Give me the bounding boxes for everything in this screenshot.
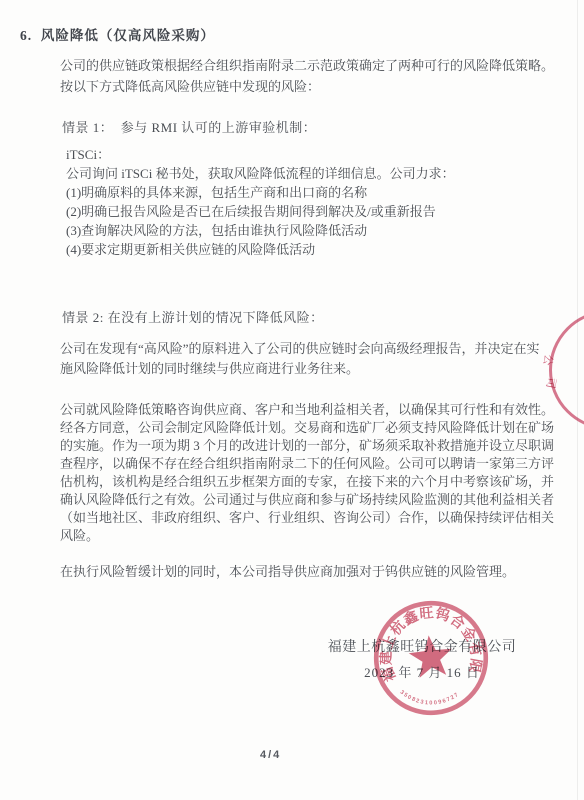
paragraph-line: 公司就风险降低策略咨询供应商、客户和当地利益相关者，以确保其可行性和有效性。 <box>60 403 554 421</box>
paragraph-line: 公司在发现有“高风险”的原料进入了公司的供应链时会向高级经理报告，并决定在实 <box>60 342 540 362</box>
paragraph-line: 公司的供应链政策根据经合组织指南附录二示范政策确定了两种可行的风险降低策略。 <box>60 59 554 80</box>
section-heading: 6. 风险降低（仅高风险采购） <box>20 24 215 44</box>
paragraph-line: 按以下方式降低高风险供应链中发现的风险： <box>60 80 554 101</box>
company-seal-stamp: 福建上杭鑫旺钨合金有限公司 35082310096727 <box>363 590 499 726</box>
closing-paragraph: 在执行风险暂缓计划的同时，本公司指导供应商加强对于钨供应链的风险管理。 <box>60 565 515 578</box>
paragraph-line: (3)查询解决风险的方法，包括由谁执行风险降低活动 <box>66 224 455 243</box>
scenario-2-paragraph: 公司在发现有“高风险”的原料进入了公司的供应链时会向高级经理报告，并决定在实 施… <box>60 342 540 382</box>
paragraph-line: （如当地社区、非政府组织、客户、行业组织、咨询公司）合作，以确保持续评估相关 <box>60 511 554 529</box>
mitigation-paragraph: 公司就风险降低策略咨询供应商、客户和当地利益相关者，以确保其可行性和有效性。 经… <box>60 403 554 547</box>
seal-star-icon <box>407 633 454 678</box>
paragraph-line: 公司询问 iTSCi 秘书处，获取风险降低流程的详细信息。公司力求： <box>66 167 455 186</box>
paragraph-line: 经各方同意，公司会制定风险降低计划。交易商和选矿厂必须支持风险降低计划在矿场 <box>60 421 554 439</box>
paragraph-line: (1)明确原料的具体来源，包括生产商和出口商的名称 <box>66 186 455 205</box>
paragraph-line: 在执行风险暂缓计划的同时，本公司指导供应商加强对于钨供应链的风险管理。 <box>60 565 515 578</box>
seal-graphic: 福建上杭鑫旺钨合金有限公司 35082310096727 <box>363 590 499 726</box>
paragraph-line: 估机构，该机构是经合组织五步框架方面的专家，在接下来的六个月中考察该矿场，并 <box>60 475 554 493</box>
page-number: 4/4 <box>260 749 281 761</box>
paragraph-line: 查程序，以确保不存在经合组织指南附录二下的任何风险。公司可以聘请一家第三方评 <box>60 457 554 475</box>
scenario-1-title: 情景 1： 参与 RMI 认可的上游审验机制： <box>62 117 316 136</box>
paragraph-line: (4)要求定期更新相关供应链的风险降低活动 <box>66 243 455 262</box>
edge-partial-seal-char: 司 <box>543 376 561 390</box>
scenario-2-title: 情景 2: 在没有上游计划的情况下降低风险： <box>62 307 324 326</box>
paragraph-line: iTSCi： <box>66 148 455 167</box>
edge-partial-seal-char: 公 <box>540 353 558 367</box>
paragraph-line: (2)明确已报告风险是否已在后续报告期间得到解决及/或重新报告 <box>66 205 455 224</box>
document-page: 6. 风险降低（仅高风险采购） 公司的供应链政策根据经合组织指南附录二示范政策确… <box>0 0 584 800</box>
itsci-paragraph: iTSCi： 公司询问 iTSCi 秘书处，获取风险降低流程的详细信息。公司力求… <box>66 148 455 262</box>
paragraph-line: 确认风险降低行之有效。公司通过与供应商和参与矿场持续风险监测的其他利益相关者 <box>60 493 554 511</box>
paragraph-line: 风险。 <box>60 529 554 547</box>
paragraph-line: 施风险降低计划的同时继续与供应商进行业务往来。 <box>60 362 540 382</box>
intro-paragraph: 公司的供应链政策根据经合组织指南附录二示范政策确定了两种可行的风险降低策略。 按… <box>60 59 554 101</box>
edge-partial-seal-arc <box>549 310 584 430</box>
paragraph-line: 的实施。作为一项为期 3 个月的改进计划的一部分，矿场须采取补救措施并设立尽职调 <box>60 439 554 457</box>
